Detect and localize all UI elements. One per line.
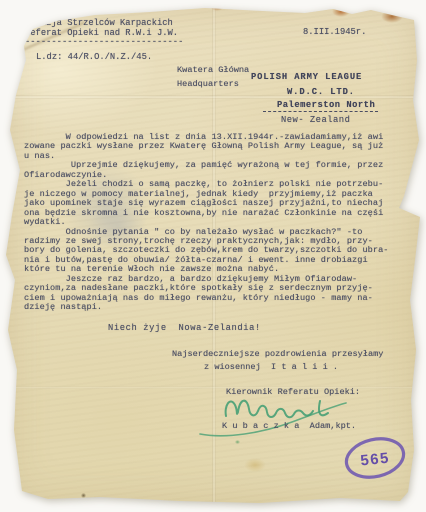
green-ink-speck — [235, 440, 240, 444]
ink-speck — [81, 493, 86, 498]
paper-sheet-wrapper: Dywizja Strzelców KarpackichReferat Opie… — [0, 0, 426, 512]
recipient-org-suffix: W.D.C. LTD. — [287, 87, 355, 97]
sender-divider: ------------------------------ — [25, 38, 183, 48]
stamp-number-text: 565 — [360, 449, 391, 469]
signer-name: K u b a c z k a Adam,kpt. — [222, 421, 356, 431]
slogan-line: Niech żyje Nowa-Zelandia! — [108, 323, 261, 333]
letter-date: 8.III.1945r. — [303, 27, 366, 37]
closing-line-1: Najserdeczniejsze pozdrowienia przesyłam… — [172, 349, 383, 359]
recipient-kwatera: Kwatera Główna — [177, 64, 249, 78]
recipient-city: Palemerston North — [263, 100, 378, 112]
rust-stain — [296, 4, 305, 11]
recipient-org-name: POLISH ARMY LEAGUE — [251, 72, 362, 82]
closing-line-2: z wiosennej I t a l i i . — [204, 362, 338, 372]
rust-stain — [381, 10, 403, 23]
scanned-letter-page: { "letter": { "sender": { "line1": "Dywi… — [0, 0, 426, 512]
letter-body-text: W odpowiedzi na list z dnia 13.XII.1944r… — [24, 133, 420, 313]
aged-paper-sheet: Dywizja Strzelców KarpackichReferat Opie… — [0, 0, 426, 512]
yellow-stain — [244, 458, 266, 472]
recipient-country: New- Zealand — [281, 115, 350, 125]
horizontal-fold-crease-top — [8, 95, 418, 99]
rust-stain — [332, 6, 350, 17]
reference-number: L.dz: 44/R.O./N.Z./45. — [36, 52, 152, 62]
sender-block: Dywizja Strzelców KarpackichReferat Opie… — [25, 19, 183, 48]
recipient-headquarters: Headquarters — [177, 78, 249, 92]
rust-stain — [210, 2, 224, 11]
recipient-hq-block: Kwatera GłównaHeadquarters — [177, 64, 249, 91]
